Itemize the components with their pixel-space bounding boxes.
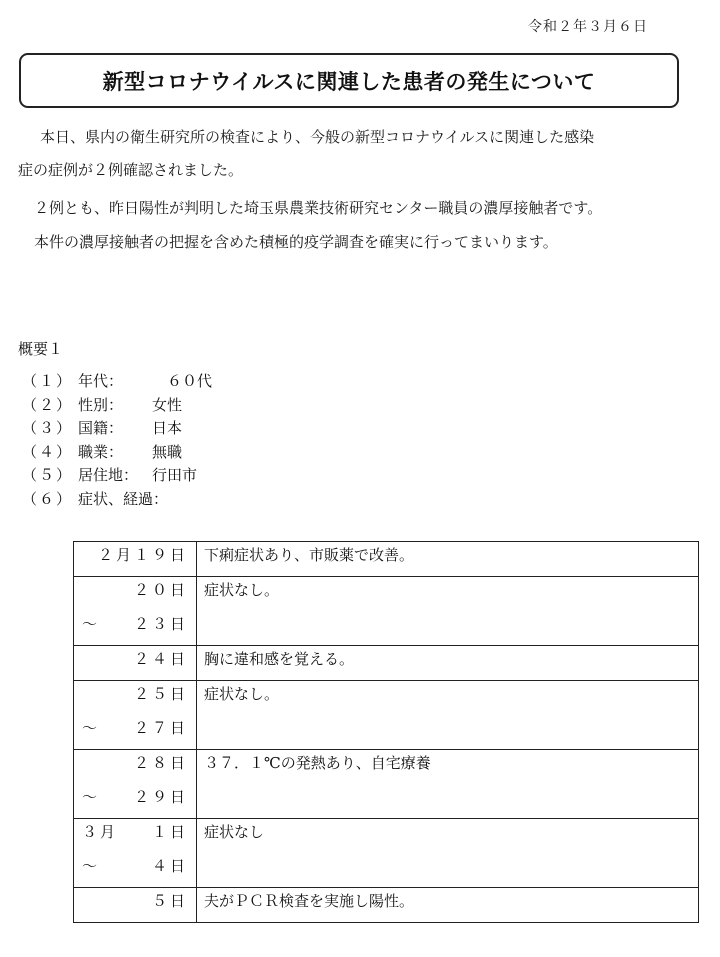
range-tilde: ～ [82, 715, 100, 749]
date-start: ２４日 [134, 646, 188, 680]
overview-item-symptoms: （６） 症状、経過： [22, 488, 212, 512]
date-start: ５日 [152, 888, 188, 922]
date-cell: ３月１日 ～４日 [74, 819, 197, 888]
item-label: 居住地： [78, 464, 152, 488]
overview-item-sex: （２） 性別： 女性 [22, 394, 212, 418]
overview-item-age: （１） 年代： ６０代 [22, 370, 212, 394]
date-start: ２５日 [134, 681, 188, 715]
description-text: 症状なし。 [204, 577, 698, 611]
date-cell: ２４日 [74, 646, 197, 681]
item-number: （６） [22, 488, 78, 512]
description-text: ３７．１℃の発熱あり、自宅療養 [204, 750, 698, 784]
date-cell: ２８日 ～２９日 [74, 750, 197, 819]
item-number: （２） [22, 394, 78, 418]
table-row: ３月１日 ～４日 症状なし [74, 819, 699, 888]
document-date: 令和２年３月６日 [528, 16, 648, 36]
description-text: 症状なし [204, 819, 698, 853]
description-cell: ３７．１℃の発熱あり、自宅療養 [197, 750, 699, 819]
description-text: 症状なし。 [204, 681, 698, 715]
item-label: 年代： [78, 370, 152, 394]
date-prefix: ３月 [82, 819, 118, 853]
symptom-timeline-table: ２月１９日 下痢症状あり、市販薬で改善。 ２０日 ～２３日 症状なし。 ２４日 … [73, 541, 699, 923]
date-end: ２３日 [134, 611, 188, 645]
table-row: ５日 夫がＰＣＲ検査を実施し陽性。 [74, 888, 699, 923]
overview-title: 概要１ [18, 338, 63, 359]
item-number: （４） [22, 441, 78, 465]
description-text: 胸に違和感を覚える。 [204, 646, 698, 680]
table-row: ２４日 胸に違和感を覚える。 [74, 646, 699, 681]
overview-item-residence: （５） 居住地： 行田市 [22, 464, 212, 488]
range-tilde: ～ [82, 611, 100, 645]
overview-list: （１） 年代： ６０代 （２） 性別： 女性 （３） 国籍： 日本 （４） 職業… [22, 370, 212, 511]
overview-item-nationality: （３） 国籍： 日本 [22, 417, 212, 441]
date-start: ２月１９日 [98, 542, 188, 576]
description-text: 下痢症状あり、市販薬で改善。 [204, 542, 698, 576]
description-cell: 夫がＰＣＲ検査を実施し陽性。 [197, 888, 699, 923]
date-cell: ２５日 ～２７日 [74, 681, 197, 750]
table-row: ２月１９日 下痢症状あり、市販薬で改善。 [74, 542, 699, 577]
item-value: 無職 [152, 441, 182, 465]
table-row: ２０日 ～２３日 症状なし。 [74, 577, 699, 646]
document-title: 新型コロナウイルスに関連した患者の発生について [103, 66, 596, 96]
item-number: （３） [22, 417, 78, 441]
description-cell: 胸に違和感を覚える。 [197, 646, 699, 681]
date-cell: ２０日 ～２３日 [74, 577, 197, 646]
description-cell: 症状なし。 [197, 681, 699, 750]
date-cell: ２月１９日 [74, 542, 197, 577]
table-row: ２８日 ～２９日 ３７．１℃の発熱あり、自宅療養 [74, 750, 699, 819]
table-row: ２５日 ～２７日 症状なし。 [74, 681, 699, 750]
item-value: 日本 [152, 417, 182, 441]
description-cell: 症状なし。 [197, 577, 699, 646]
range-tilde: ～ [82, 784, 100, 818]
item-number: （１） [22, 370, 78, 394]
title-box: 新型コロナウイルスに関連した患者の発生について [19, 53, 679, 108]
range-tilde: ～ [82, 853, 100, 887]
body-paragraph-1-line-2: 症の症例が２例確認されました。 [18, 160, 698, 180]
item-label: 国籍： [78, 417, 152, 441]
description-cell: 下痢症状あり、市販薬で改善。 [197, 542, 699, 577]
description-cell: 症状なし [197, 819, 699, 888]
date-end: ２７日 [134, 715, 188, 749]
item-value: 行田市 [152, 464, 197, 488]
item-value: ６０代 [152, 370, 212, 394]
date-start: ２８日 [134, 750, 188, 784]
item-label: 症状、経過： [78, 488, 168, 512]
item-label: 職業： [78, 441, 152, 465]
date-start: １日 [152, 819, 188, 853]
body-paragraph-1-line-1: 本日、県内の衛生研究所の検査により、今般の新型コロナウイルスに関連した感染 [40, 127, 720, 147]
date-cell: ５日 [74, 888, 197, 923]
date-start: ２０日 [134, 577, 188, 611]
date-end: ２９日 [134, 784, 188, 818]
item-value: 女性 [152, 394, 182, 418]
overview-item-occupation: （４） 職業： 無職 [22, 441, 212, 465]
description-text: 夫がＰＣＲ検査を実施し陽性。 [204, 888, 698, 922]
item-label: 性別： [78, 394, 152, 418]
body-paragraph-3: 本件の濃厚接触者の把握を含めた積極的疫学調査を確実に行ってまいります。 [34, 232, 714, 252]
item-number: （５） [22, 464, 78, 488]
date-end: ４日 [152, 853, 188, 887]
body-paragraph-2: ２例とも、昨日陽性が判明した埼玉県農業技術研究センター職員の濃厚接触者です。 [34, 198, 714, 218]
